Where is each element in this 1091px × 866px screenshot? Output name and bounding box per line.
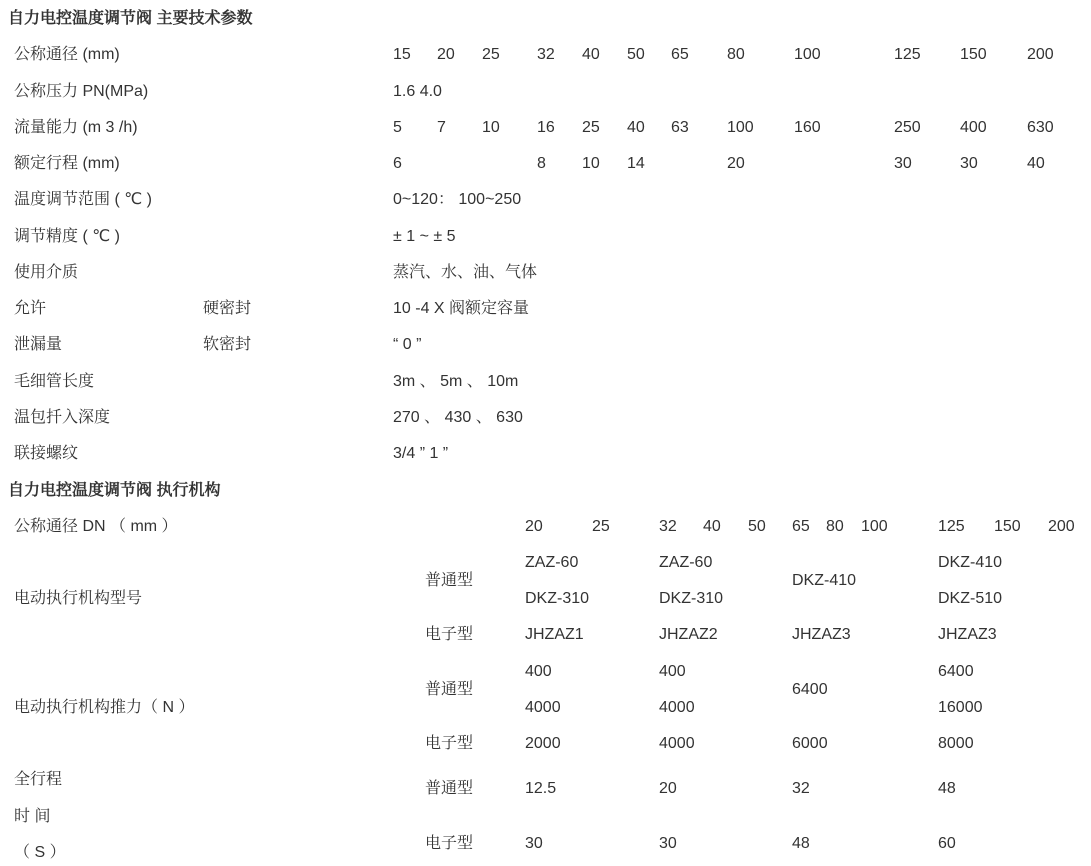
cell: 1.6 4.0 (393, 82, 442, 102)
cell: 25 (592, 517, 610, 537)
cell: 250 (894, 118, 921, 138)
cell: 400 (525, 662, 552, 682)
row-label-allowed: 允许 (14, 299, 46, 319)
type-label-normal: 普通型 (425, 571, 473, 591)
row-label-stroke-time-2: 时 间 (14, 807, 50, 827)
cell: DKZ-310 (525, 589, 589, 609)
cell: 0~120： 100~250 (393, 190, 521, 210)
cell: 8 (537, 154, 546, 174)
cell: 5 (393, 118, 402, 138)
row-label-bulb-depth: 温包扦入深度 (14, 408, 110, 428)
cell: 32 (792, 779, 810, 799)
cell: JHZAZ3 (938, 625, 997, 645)
cell: 80 (727, 45, 745, 65)
cell: 125 (938, 517, 965, 537)
cell: 25 (482, 45, 500, 65)
cell: ± 1 ~ ± 5 (393, 227, 455, 247)
cell: 10 (582, 154, 600, 174)
row-label-stroke-time-1: 全行程 (14, 770, 62, 790)
cell: 14 (627, 154, 645, 174)
cell: JHZAZ1 (525, 625, 584, 645)
cell: 30 (525, 834, 543, 854)
cell: 6000 (792, 734, 828, 754)
cell: 16000 (938, 698, 983, 718)
cell: 48 (938, 779, 956, 799)
cell: 4000 (659, 734, 695, 754)
row-label-medium: 使用介质 (14, 263, 78, 283)
cell: 3m 、 5m 、 10m (393, 372, 518, 392)
row-label-rated-stroke: 额定行程 (mm) (14, 154, 120, 174)
cell: 20 (525, 517, 543, 537)
cell: 15 (393, 45, 411, 65)
row-label-actuator-thrust: 电动执行机构推力（ N ） (14, 698, 194, 718)
cell: 40 (582, 45, 600, 65)
cell: 630 (1027, 118, 1054, 138)
cell: 400 (960, 118, 987, 138)
sublabel-soft-seal: 软密封 (203, 335, 251, 355)
cell: 10 (482, 118, 500, 138)
cell: 6400 (938, 662, 974, 682)
cell: 200 (1048, 517, 1075, 537)
cell: ZAZ-60 (659, 553, 712, 573)
cell: JHZAZ3 (792, 625, 851, 645)
cell: 20 (437, 45, 455, 65)
cell: 125 (894, 45, 921, 65)
section2-title: 自力电控温度调节阀 执行机构 (8, 481, 220, 501)
row-label-stroke-time-3: （ S ） (14, 843, 66, 863)
cell: 63 (671, 118, 689, 138)
cell: “ 0 ” (393, 335, 421, 355)
cell: 8000 (938, 734, 974, 754)
cell: 80 (826, 517, 844, 537)
row-label-temperature-range: 温度调节范围 ( ℃ ) (14, 190, 152, 210)
cell: 150 (960, 45, 987, 65)
row-label-capillary-length: 毛细管长度 (14, 372, 94, 392)
cell: 4000 (659, 698, 695, 718)
row-label-flow-capacity: 流量能力 (m 3 /h) (14, 118, 138, 138)
row-label-dn: 公称通径 DN （ mm ） (14, 517, 178, 537)
cell: 100 (861, 517, 888, 537)
cell: 30 (659, 834, 677, 854)
cell: 50 (627, 45, 645, 65)
type-label-electronic: 电子型 (425, 734, 473, 754)
cell: DKZ-410 (938, 553, 1002, 573)
cell: 蒸汽、水、油、气体 (393, 263, 537, 283)
cell: 48 (792, 834, 810, 854)
section1-title: 自力电控温度调节阀 主要技术参数 (8, 9, 252, 29)
type-label-normal: 普通型 (425, 779, 473, 799)
cell: 10 -4 X 阀额定容量 (393, 299, 529, 319)
cell: 30 (894, 154, 912, 174)
row-label-thread: 联接螺纹 (14, 444, 78, 464)
cell: 6 (393, 154, 402, 174)
cell: 150 (994, 517, 1021, 537)
cell: 160 (794, 118, 821, 138)
type-label-electronic: 电子型 (425, 625, 473, 645)
row-label-accuracy: 调节精度 ( ℃ ) (14, 227, 120, 247)
cell: 30 (960, 154, 978, 174)
cell: 65 (792, 517, 810, 537)
cell: 100 (794, 45, 821, 65)
cell: 12.5 (525, 779, 556, 799)
cell: 400 (659, 662, 686, 682)
cell: ZAZ-60 (525, 553, 578, 573)
row-label-nominal-diameter: 公称通径 (mm) (14, 45, 120, 65)
cell: JHZAZ2 (659, 625, 718, 645)
row-label-leakage: 泄漏量 (14, 335, 62, 355)
cell: 25 (582, 118, 600, 138)
cell: DKZ-510 (938, 589, 1002, 609)
cell: DKZ-310 (659, 589, 723, 609)
cell: DKZ-410 (792, 571, 856, 591)
cell: 7 (437, 118, 446, 138)
cell: 20 (727, 154, 745, 174)
cell: 40 (1027, 154, 1045, 174)
cell: 2000 (525, 734, 561, 754)
type-label-electronic: 电子型 (425, 834, 473, 854)
sublabel-hard-seal: 硬密封 (203, 299, 251, 319)
cell: 20 (659, 779, 677, 799)
cell: 32 (537, 45, 555, 65)
cell: 40 (627, 118, 645, 138)
cell: 40 (703, 517, 721, 537)
cell: 100 (727, 118, 754, 138)
cell: 4000 (525, 698, 561, 718)
row-label-nominal-pressure: 公称压力 PN(MPa) (14, 82, 148, 102)
cell: 6400 (792, 680, 828, 700)
cell: 32 (659, 517, 677, 537)
cell: 60 (938, 834, 956, 854)
cell: 200 (1027, 45, 1054, 65)
cell: 16 (537, 118, 555, 138)
type-label-normal: 普通型 (425, 680, 473, 700)
cell: 50 (748, 517, 766, 537)
cell: 65 (671, 45, 689, 65)
row-label-actuator-model: 电动执行机构型号 (14, 589, 142, 609)
cell: 270 、 430 、 630 (393, 408, 523, 428)
cell: 3/4 ” 1 ” (393, 444, 448, 464)
